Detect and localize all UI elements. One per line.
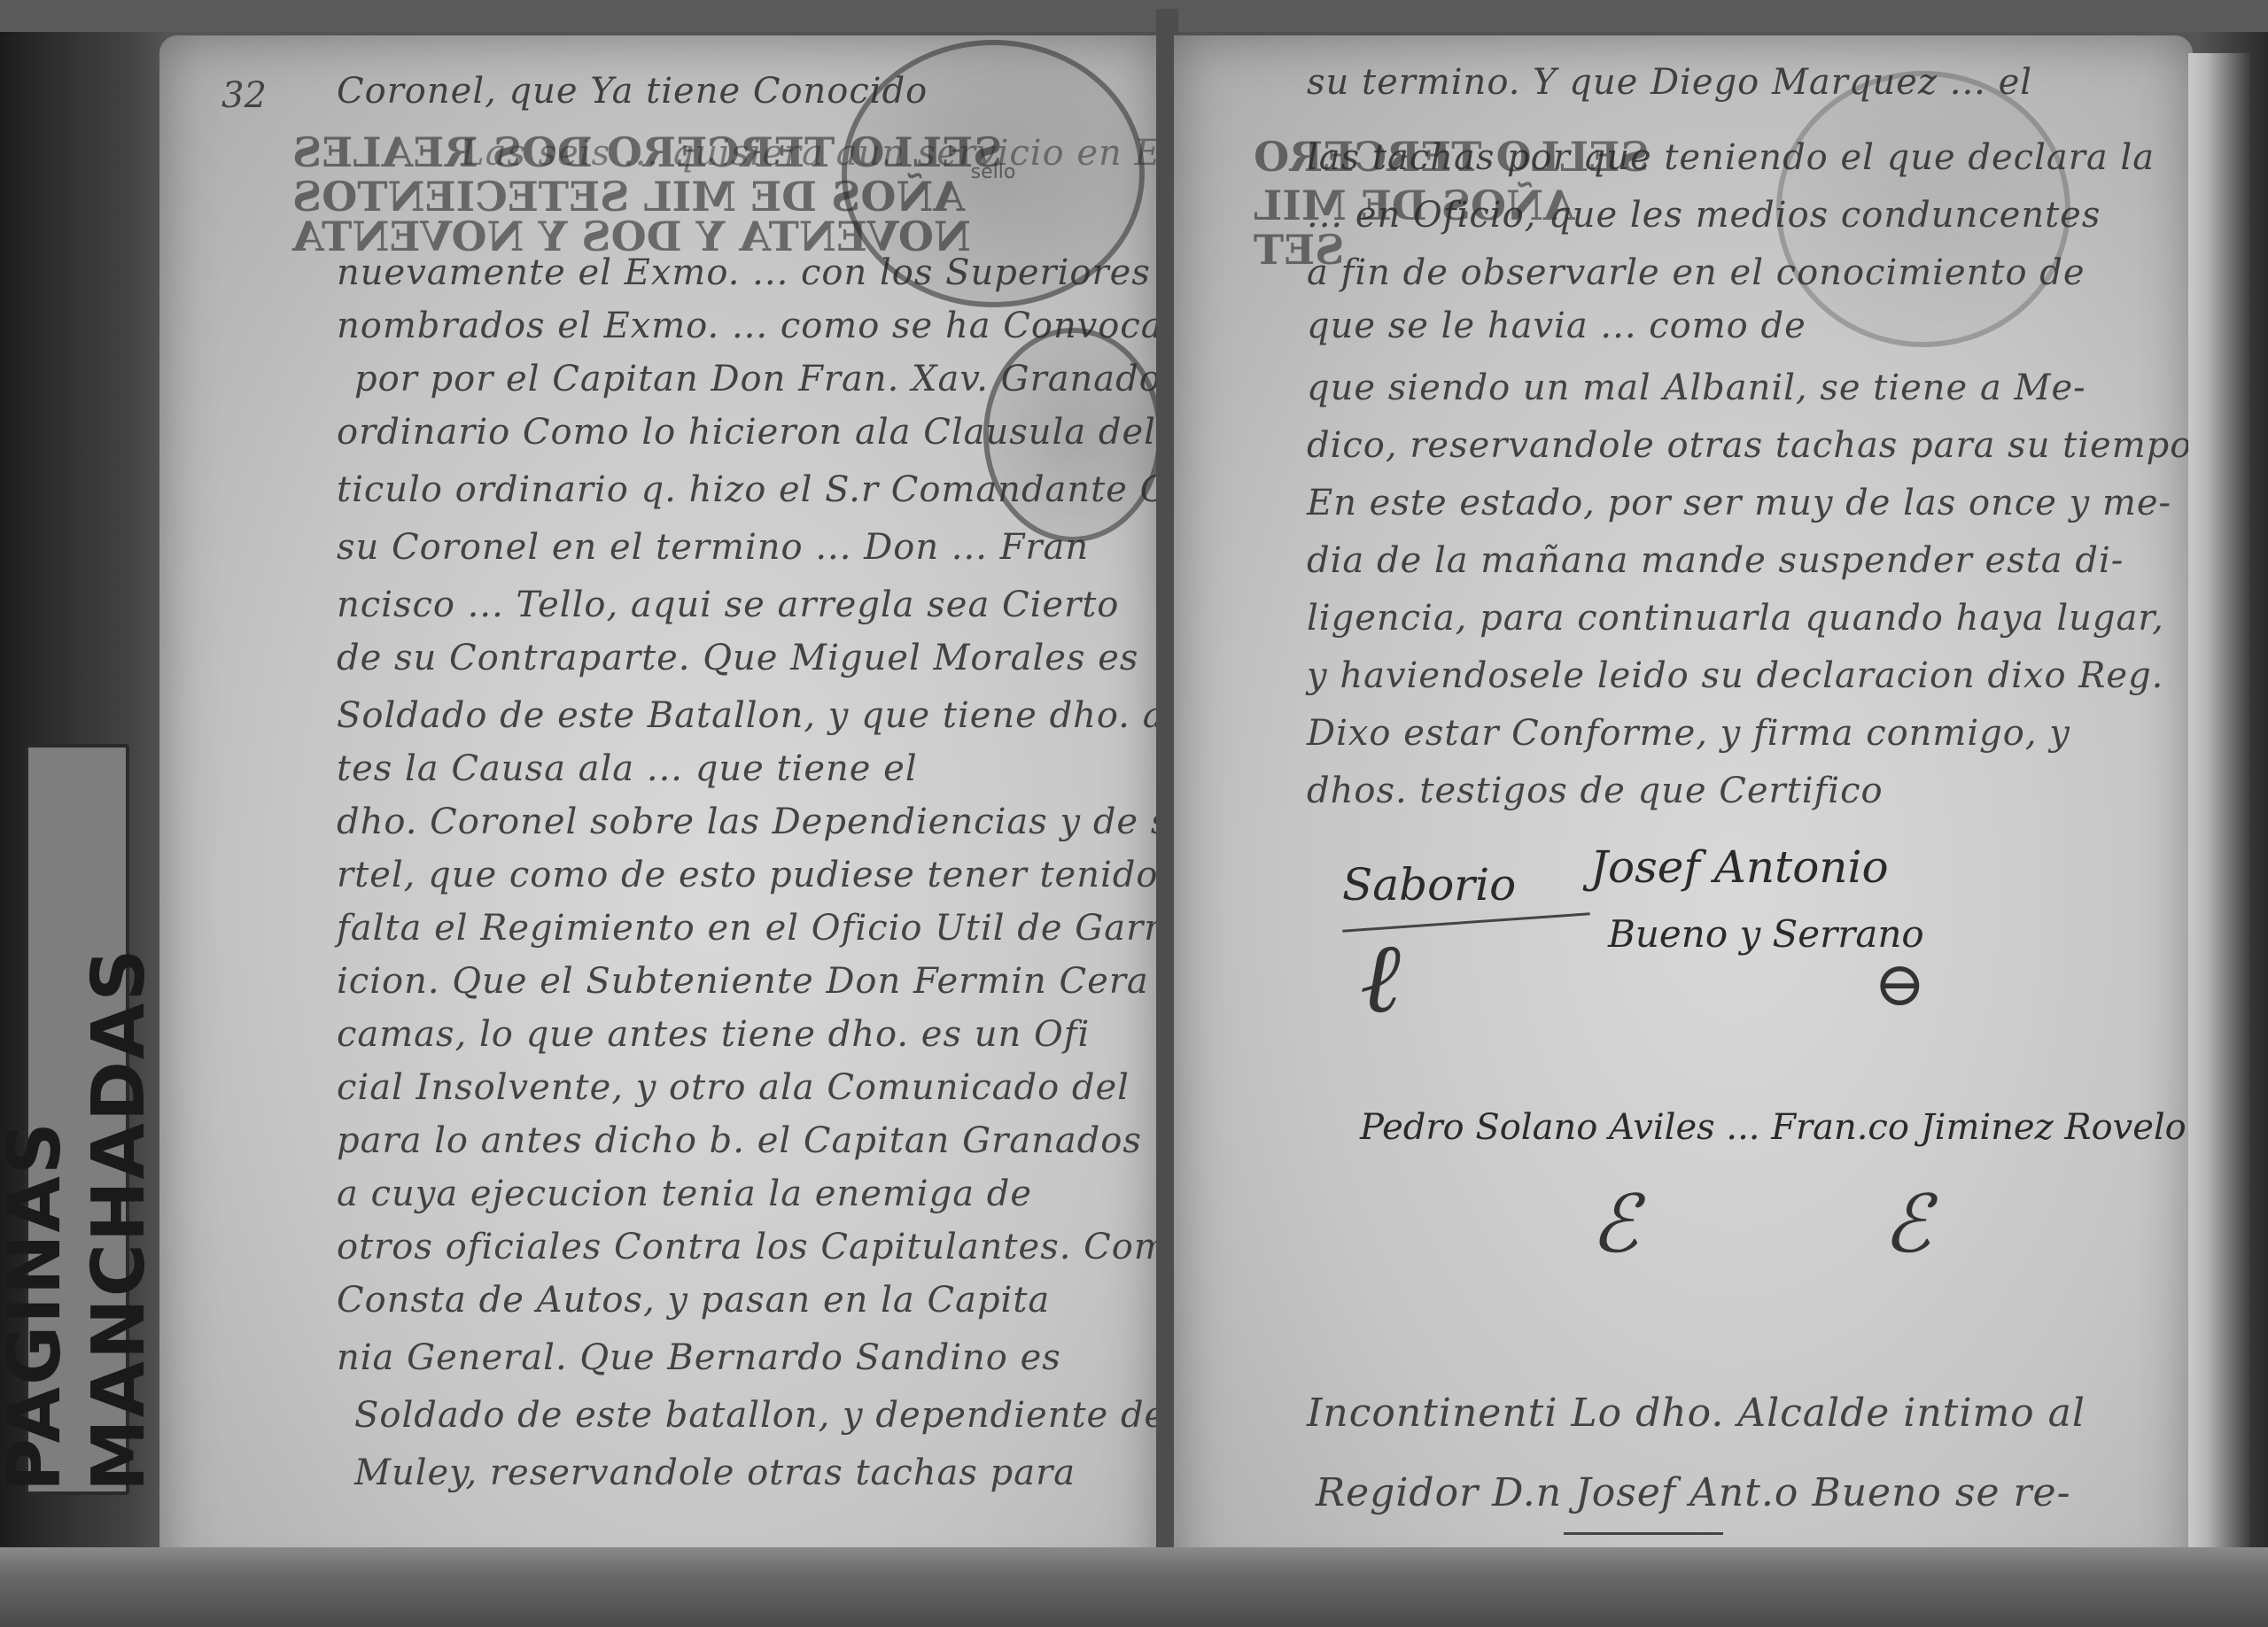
text-line: dhos. testigos de que Certifico	[1307, 771, 1884, 811]
page-edges	[2188, 53, 2250, 1577]
bottom-edge	[0, 1547, 2268, 1627]
rubric-flourish-3: ℰ	[1590, 1178, 1639, 1271]
rubric-flourish-1: ℓ	[1360, 921, 1401, 1035]
text-line: para lo antes dicho b. el Capitan Granad…	[337, 1120, 1142, 1161]
spine-label: PAGINAS MANCHADAS	[25, 744, 129, 1495]
text-line: camas, lo que antes tiene dho. es un Ofi	[337, 1014, 1090, 1055]
text-line: a cuya ejecucion tenia la enemiga de	[337, 1174, 1032, 1214]
text-line: ... en Oficio, que les medios conduncent…	[1307, 195, 2101, 236]
text-line: dia de la mañana mande suspender esta di…	[1307, 540, 2124, 581]
text-line: tes la Causa ala ... que tiene el	[337, 748, 918, 789]
closing-line: Incontinenti Lo dho. Alcalde intimo al	[1307, 1391, 2085, 1436]
spine-label-text: PAGINAS MANCHADAS	[0, 748, 161, 1491]
top-edge	[0, 0, 2268, 32]
page-number: 32	[221, 75, 267, 116]
text-line: su termino. Y que Diego Marquez ... el	[1307, 62, 2032, 103]
text-line: nuevamente el Exmo. ... con los Superior…	[337, 252, 1151, 293]
text-line: nia General. Que Bernardo Sandino es	[337, 1337, 1061, 1378]
text-line: dico, reservandole otras tachas para su …	[1307, 425, 2192, 466]
text-line: a fin de observarle en el conocimiento d…	[1307, 252, 2085, 293]
text-line: que se le havia ... como de	[1307, 306, 1806, 346]
name-underline	[1564, 1532, 1723, 1535]
text-line: rtel, que como de esto pudiese tener ten…	[337, 855, 1205, 895]
text-line: Dixo estar Conforme, y firma conmigo, y	[1307, 713, 2070, 754]
text-line: Las seis ... quisiera aun servicio en Es…	[461, 133, 1216, 174]
text-line: ncisco ... Tello, aqui se arregla sea Ci…	[337, 585, 1119, 625]
text-line: su Coronel en el termino ... Don ... Fra…	[337, 527, 1089, 568]
text-line: y haviendosele leido su declaracion dixo…	[1307, 655, 2163, 696]
text-line: ligencia, para continuarla quando haya l…	[1307, 598, 2164, 639]
text-line: Coronel, que Ya tiene Conocido	[337, 71, 928, 112]
text-line: las tachas por que teniendo el que decla…	[1307, 137, 2155, 178]
text-line: cial Insolvente, y otro ala Comunicado d…	[337, 1067, 1130, 1108]
signature-josef-antonio: Josef Antonio	[1590, 841, 1889, 893]
witness-signatures: Pedro Solano Aviles ... Fran.co Jiminez …	[1360, 1107, 2186, 1148]
closing-line: Regidor D.n Josef Ant.o Bueno se re-	[1316, 1470, 2070, 1515]
rubric-flourish-2: ⊖	[1874, 948, 1926, 1020]
signature-saborio: Saborio	[1342, 859, 1516, 910]
right-page: SELLO TERCERO AÑOS DE MIL SET su termino…	[1174, 35, 2193, 1594]
text-line: En este estado, por ser muy de las once …	[1307, 483, 2171, 523]
text-line: dho. Coronel sobre las Dependiencias y d…	[337, 802, 1279, 842]
text-line: otros oficiales Contra los Capitulantes.…	[337, 1227, 1191, 1267]
text-line: ticulo ordinario q. hizo el S.r Comandan…	[337, 469, 1288, 510]
text-line: Soldado de este Batallon, y que tiene dh…	[337, 695, 1188, 736]
text-line: Muley, reservandole otras tachas para	[354, 1453, 1076, 1493]
text-line: nombrados el Exmo. ... como se ha Convoc…	[337, 306, 1208, 346]
text-line: que siendo un mal Albanil, se tiene a Me…	[1307, 368, 2086, 408]
text-line: Soldado de este batallon, y dependiente …	[354, 1395, 1166, 1436]
rubric-flourish-4: ℰ	[1883, 1178, 1931, 1271]
text-line: icion. Que el Subteniente Don Fermin Cer…	[337, 961, 1149, 1002]
text-line: Consta de Autos, y pasan en la Capita	[337, 1280, 1050, 1321]
text-line: falta el Regimiento en el Oficio Util de…	[337, 908, 1168, 949]
text-line: de su Contraparte. Que Miguel Morales es	[337, 638, 1138, 678]
text-line: ordinario Como lo hicieron ala Clausula …	[337, 412, 1213, 453]
text-line: por por el Capitan Don Fran. Xav. Granad…	[354, 359, 1180, 399]
left-page: 32 sello SELLO TERCERO DOS REALES AÑOS D…	[159, 35, 1161, 1594]
